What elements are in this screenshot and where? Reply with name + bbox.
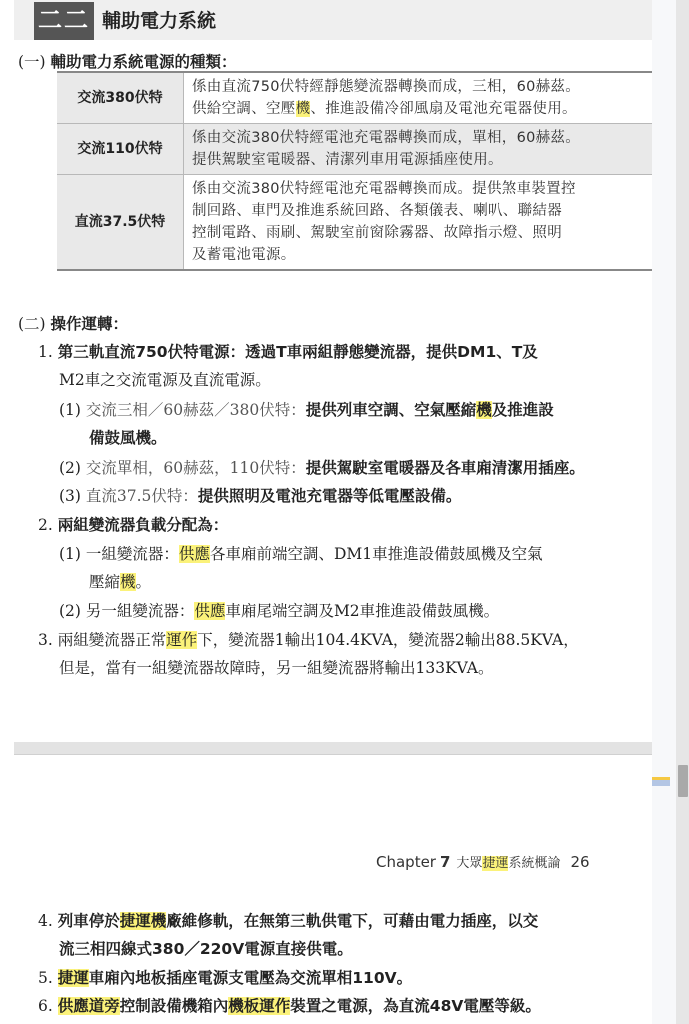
list-item-5: 5. 捷運車廂內地板插座電源支電壓為交流單相110V。 [38,967,412,989]
table-cell-type: 直流37.5伏特 [57,175,184,271]
table-row: 直流37.5伏特 係由交流380伏特經電池充電器轉換而成。提供煞車裝置控 制回路… [57,175,652,271]
list-item-3: 3. 兩組變流器正常運作下，變流器1輸出104.4KVA，變流器2輸出88.5K… [38,629,579,651]
table-cell-desc: 係由交流380伏特經電池充電器轉換而成，單相，60赫茲。 提供駕駛室電暖器、清潔… [184,124,653,175]
search-highlight: 供應道旁 [58,997,120,1015]
viewer-gutter [652,0,676,1024]
scrollbar-thumb[interactable] [678,765,688,797]
list-item-4: 4. 列車停於捷運機廠維修軌，在無第三軌供電下，可藉由電力插座，以交 [38,910,538,932]
search-highlight: 捷運 [58,969,89,987]
power-types-table: 交流380伏特 係由直流750伏特經靜態變流器轉換而成，三相，60赫茲。 供給空… [57,71,652,271]
list-item-6: 6. 供應道旁控制設備機箱內機板運作裝置之電源，為直流48V電壓等級。 [38,995,541,1017]
vertical-scrollbar[interactable] [676,0,689,1024]
table-cell-type: 交流110伏特 [57,124,184,175]
section-header: 二二 輔助電力系統 [14,0,652,40]
search-highlight: 運作 [166,631,197,649]
page-top: 二二 輔助電力系統 (一) 輔助電力系統電源的種類： 交流380伏特 係由直流7… [0,0,652,740]
search-highlight: 供應 [179,545,210,563]
table-row: 交流110伏特 係由交流380伏特經電池充電器轉換而成，單相，60赫茲。 提供駕… [57,124,652,175]
list-subitem: (1) 交流三相／60赫茲／380伏特：提供列車空調、空氣壓縮機及推進設 [59,399,554,421]
list-item-1: 1. 第三軌直流750伏特電源：透過T車兩組靜態變流器，提供DM1、T及 [38,341,538,363]
section-title: 輔助電力系統 [102,6,216,33]
search-highlight: 機 [476,401,492,419]
search-highlight: 捷運機 [120,912,167,930]
table-row: 交流380伏特 係由直流750伏特經靜態變流器轉換而成，三相，60赫茲。 供給空… [57,72,652,124]
table-cell-desc: 係由交流380伏特經電池充電器轉換而成。提供煞車裝置控 制回路、車門及推進系統回… [184,175,653,271]
section-number-badge: 二二 [34,2,94,40]
list-item-2: 2. 兩組變流器負載分配為： [38,514,228,536]
search-highlight: 機板運作 [228,997,290,1015]
table-cell-type: 交流380伏特 [57,72,184,124]
list-subitem: (1) 一組變流器：供應各車廂前端空調、DM1車推進設備鼓風機及空氣 [59,543,543,565]
search-highlight: 捷運 [482,856,508,871]
page-number: 26 [570,853,589,871]
current-position-marker[interactable] [652,780,670,786]
list-subitem: (2) 交流單相，60赫茲，110伏特：提供駕駛室電暖器及各車廂清潔用插座。 [59,457,585,479]
search-highlight: 機 [296,101,311,117]
list-subitem: (2) 另一組變流器：供應車廂尾端空調及M2車推進設備鼓風機。 [59,600,499,622]
list-subitem: (3) 直流37.5伏特：提供照明及電池充電器等低電壓設備。 [59,485,461,507]
page-bottom: Chapter7大眾捷運系統概論26 4. 列車停於捷運機廠維修軌，在無第三軌供… [0,754,652,1024]
running-header: Chapter7大眾捷運系統概論26 [376,852,590,871]
part2-heading: (二) 操作運轉： [18,312,128,334]
search-highlight: 機 [120,573,136,591]
search-highlight: 供應 [194,602,225,620]
part1-heading: (一) 輔助電力系統電源的種類： [18,50,237,72]
table-cell-desc: 係由直流750伏特經靜態變流器轉換而成，三相，60赫茲。 供給空調、空壓機、推進… [184,72,653,124]
document-viewer[interactable]: 二二 輔助電力系統 (一) 輔助電力系統電源的種類： 交流380伏特 係由直流7… [0,0,689,1024]
